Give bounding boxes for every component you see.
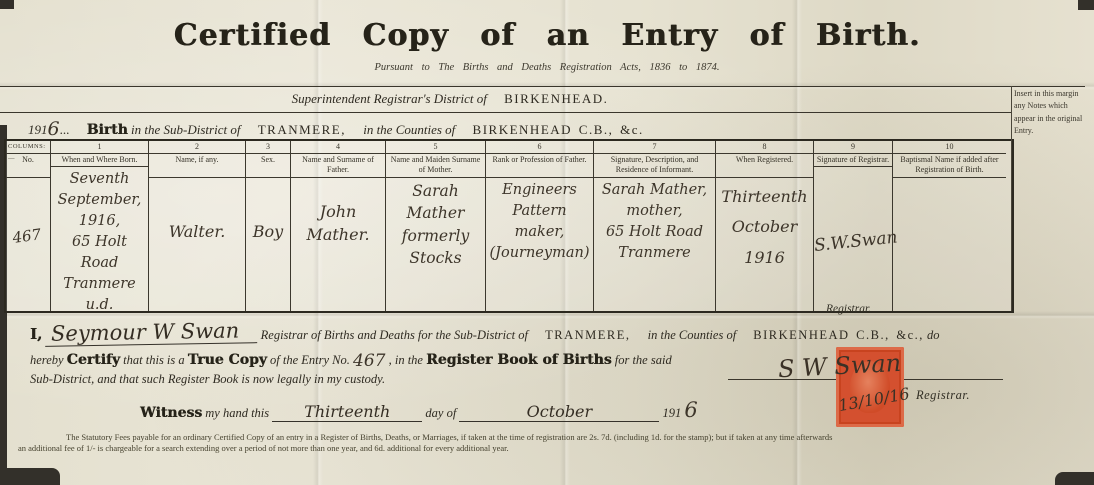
cert-hereby: hereby [30,353,64,367]
column-header: Name and Surname of Father. [291,154,385,178]
certification-line-3: Sub-District, and that such Register Boo… [30,372,385,387]
footnote-line-1: The Statutory Fees payable for an ordina… [18,432,1076,443]
column-name: 2 Name, if any. Walter. [149,141,246,311]
column-number: 1 [51,141,148,154]
cert-subdistrict: TRANMERE, [545,328,630,342]
columns-label: COLUMNS:— [6,141,50,154]
column-header: When Registered. [716,154,813,178]
scan-edge [0,468,60,485]
birth-text1: in the Sub-District of [131,122,240,137]
subdistrict-value: TRANMERE, [258,122,346,137]
cert-i: I, [30,325,42,343]
column-number: 9 [814,141,892,154]
column-number: 10 [893,141,1006,154]
divider [0,86,1085,87]
column-rank-profession: 6 Rank or Profession of Father. Engineer… [486,141,594,311]
column-header: Name, if any. [149,154,245,178]
margin-note: Insert in this margin any Notes which ap… [1014,88,1090,138]
column-header: Rank or Profession of Father. [486,154,593,178]
entry-table: COLUMNS:— No. 467 1 When and Where Born.… [4,139,1014,313]
cert-line1-end: do [927,328,940,342]
scan-edge [1078,0,1094,10]
column-number: 2 [149,141,245,154]
stamp-registrar-label: Registrar. [916,388,970,403]
cert-true-copy: True Copy [188,352,267,368]
document-title: Certified Copy of an Entry of Birth. [0,18,1094,53]
footnote-line-2: an additional fee of 1/- is chargeable f… [18,443,1076,454]
entry-when-where-born: Seventh September, 1916, 65 Holt Road Tr… [51,167,148,316]
column-number: 3 [246,141,290,154]
cert-counties: BIRKENHEAD C.B., &c., [753,328,924,342]
birth-certificate-document: Certified Copy of an Entry of Birth. Pur… [0,0,1094,485]
divider [0,112,1011,113]
scan-edge [1055,472,1094,485]
registrar-signature: S.W.Swan [813,226,893,259]
entry-rank-profession: Engineers Pattern maker, (Journeyman) [486,178,593,311]
column-number: 5 [386,141,485,154]
district-row: Superintendent Registrar's District of B… [0,91,900,107]
witness-year-written: 6 [684,398,697,422]
cert-register-book: Register Book of Births [426,352,612,368]
year-handwritten: 6 [48,118,60,140]
certification-line-2: hereby Certify that this is a True Copy … [30,349,672,369]
column-header: Signature, Description, and Residence of… [594,154,715,178]
cert-that: that this is a [123,353,184,367]
registrar-printed-label: Registrar. [814,301,892,318]
column-header: When and Where Born. [51,154,148,167]
birth-text2: in the Counties of [363,122,455,137]
column-no: COLUMNS:— No. 467 [6,141,51,311]
cert-line1-rest: Registrar of Births and Deaths for the S… [261,328,528,342]
witness-day: Thirteenth [272,402,422,422]
column-no-header: No. [6,154,50,178]
entry-name: Walter. [149,178,245,311]
registrar-signature-large: Seymour W Swan [45,318,258,347]
year-dots: ... [60,122,70,137]
column-header: Baptismal Name if added after Registrati… [893,154,1006,178]
witness-word: Witness [140,405,202,421]
witness-line: Witness my hand this Thirteenth day of O… [140,398,698,422]
column-when-registered: 8 When Registered. Thirteenth October 19… [716,141,814,311]
column-mother: 5 Name and Maiden Surname of Mother. Sar… [386,141,486,311]
column-when-where-born: 1 When and Where Born. Seventh September… [51,141,149,311]
witness-day-of: day of [425,406,456,420]
witness-rest: my hand this [205,406,269,420]
column-number: 4 [291,141,385,154]
year-printed: 191 [28,122,48,137]
cert-entry-no: 467 [353,351,385,371]
entry-father: John Mather. [291,178,385,311]
cert-for-said: for the said [615,353,672,367]
district-label: Superintendent Registrar's District of [292,91,487,106]
column-sex: 3 Sex. Boy [246,141,291,311]
statutory-fees-footnote: The Statutory Fees payable for an ordina… [18,432,1076,455]
column-father: 4 Name and Surname of Father. John Mathe… [291,141,386,311]
margin-divider [1011,86,1012,311]
birth-row: 1916... Birth in the Sub-District of TRA… [28,117,644,139]
cert-of-entry: of the Entry No. [270,353,350,367]
district-value: BIRKENHEAD. [504,91,608,106]
counties-value: BIRKENHEAD C.B., &c. [473,122,644,137]
column-informant: 7 Signature, Description, and Residence … [594,141,716,311]
column-number: 6 [486,141,593,154]
certification-line-1: I, Seymour W Swan Registrar of Births an… [30,320,940,345]
scan-edge [0,0,14,9]
birth-word: Birth [87,122,128,138]
column-registrar-signature: 9 Signature of Registrar. S.W.Swan Regis… [814,141,893,311]
column-baptismal-name: 10 Baptismal Name if added after Registr… [893,141,1006,311]
cert-in-the: , in the [389,353,423,367]
entry-mother: Sarah Mather formerly Stocks [386,178,485,311]
witness-month: October [459,402,659,422]
column-header: Signature of Registrar. [814,154,892,167]
cert-counties-label: in the Counties of [648,328,737,342]
column-header: Sex. [246,154,290,178]
entry-informant: Sarah Mather, mother, 65 Holt Road Tranm… [594,178,715,311]
entry-baptismal-name [893,178,1006,311]
entry-when-registered: Thirteenth October 1916 [716,178,813,311]
witness-year-printed: 191 [663,406,682,420]
cert-certify: Certify [67,352,120,368]
entry-sex: Boy [246,178,290,311]
column-number: 8 [716,141,813,154]
column-header: Name and Maiden Surname of Mother. [386,154,485,178]
document-subtitle: Pursuant to The Births and Deaths Regist… [0,62,1094,73]
column-number: 7 [594,141,715,154]
